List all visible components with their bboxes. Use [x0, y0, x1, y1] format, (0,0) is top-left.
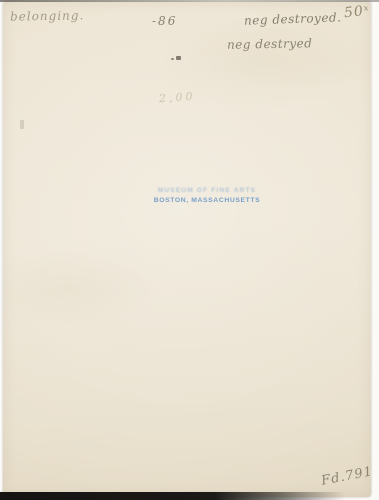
handwritten-note-line1: neg destroyed. — [244, 10, 342, 27]
scan-bottom-shadow — [0, 492, 345, 500]
handwritten-faint-price: 2,00 — [159, 90, 196, 106]
handwritten-catalog-number: Fd.791 — [320, 464, 374, 489]
paper-sheet: belonging. -86 neg destroyed. 50ˣ neg de… — [3, 1, 371, 497]
handwritten-negative-number: -86 — [152, 14, 177, 28]
ink-speck — [171, 58, 174, 60]
stamp-line-museum: MUSEUM OF FINE ARTS — [153, 187, 261, 194]
stamp-line-city: BOSTON, MASSACHUSETTS — [153, 197, 261, 204]
handwritten-note-top-left: belonging. — [10, 8, 85, 23]
ink-speck — [176, 56, 181, 60]
museum-ink-stamp: MUSEUM OF FINE ARTS BOSTON, MASSACHUSETT… — [153, 187, 261, 204]
scan-top-edge — [0, 0, 379, 2]
handwritten-note-line2: neg destryed — [227, 36, 313, 51]
handwritten-price-mark: 50ˣ — [343, 3, 370, 22]
faint-pencil-mark — [20, 120, 24, 129]
scanned-photo-verso: belonging. -86 neg destroyed. 50ˣ neg de… — [0, 0, 379, 500]
